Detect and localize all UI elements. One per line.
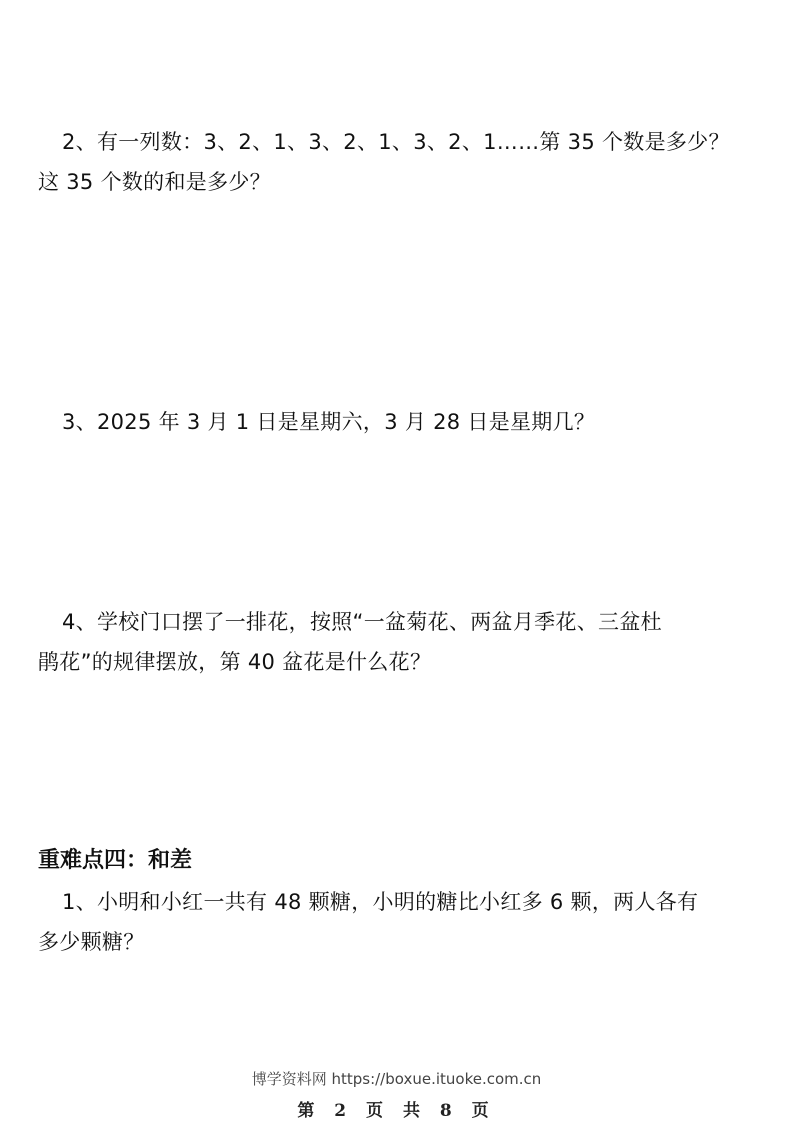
document-page: 2、有一列数：3、2、1、3、2、1、3、2、1……第 35 个数是多少？ 这 … bbox=[0, 0, 793, 1122]
question-text-line: 多少颗糖？ bbox=[38, 922, 760, 962]
question-text-line: 1、小明和小红一共有 48 颗糖，小明的糖比小红多 6 颗，两人各有 bbox=[38, 882, 760, 922]
footer-site-link[interactable]: 博学资料网 https://boxue.ituoke.com.cn bbox=[0, 1068, 793, 1089]
question-2: 2、有一列数：3、2、1、3、2、1、3、2、1……第 35 个数是多少？ 这 … bbox=[38, 122, 760, 202]
page-number: 第 2 页 共 8 页 bbox=[0, 1096, 793, 1121]
question-text-line: 3、2025 年 3 月 1 日是星期六，3 月 28 日是星期几？ bbox=[38, 402, 760, 442]
question-text-line: 2、有一列数：3、2、1、3、2、1、3、2、1……第 35 个数是多少？ bbox=[38, 122, 760, 162]
question-text-line: 4、学校门口摆了一排花，按照“一盆菊花、两盆月季花、三盆杜 bbox=[38, 602, 760, 642]
question-text-line: 这 35 个数的和是多少？ bbox=[38, 162, 760, 202]
question-text-line: 鹃花”的规律摆放，第 40 盆花是什么花？ bbox=[38, 642, 760, 682]
question-4: 4、学校门口摆了一排花，按照“一盆菊花、两盆月季花、三盆杜 鹃花”的规律摆放，第… bbox=[38, 602, 760, 682]
section-question-1: 1、小明和小红一共有 48 颗糖，小明的糖比小红多 6 颗，两人各有 多少颗糖？ bbox=[38, 882, 760, 962]
section-heading: 重难点四：和差 bbox=[38, 840, 192, 880]
question-3: 3、2025 年 3 月 1 日是星期六，3 月 28 日是星期几？ bbox=[38, 402, 760, 442]
